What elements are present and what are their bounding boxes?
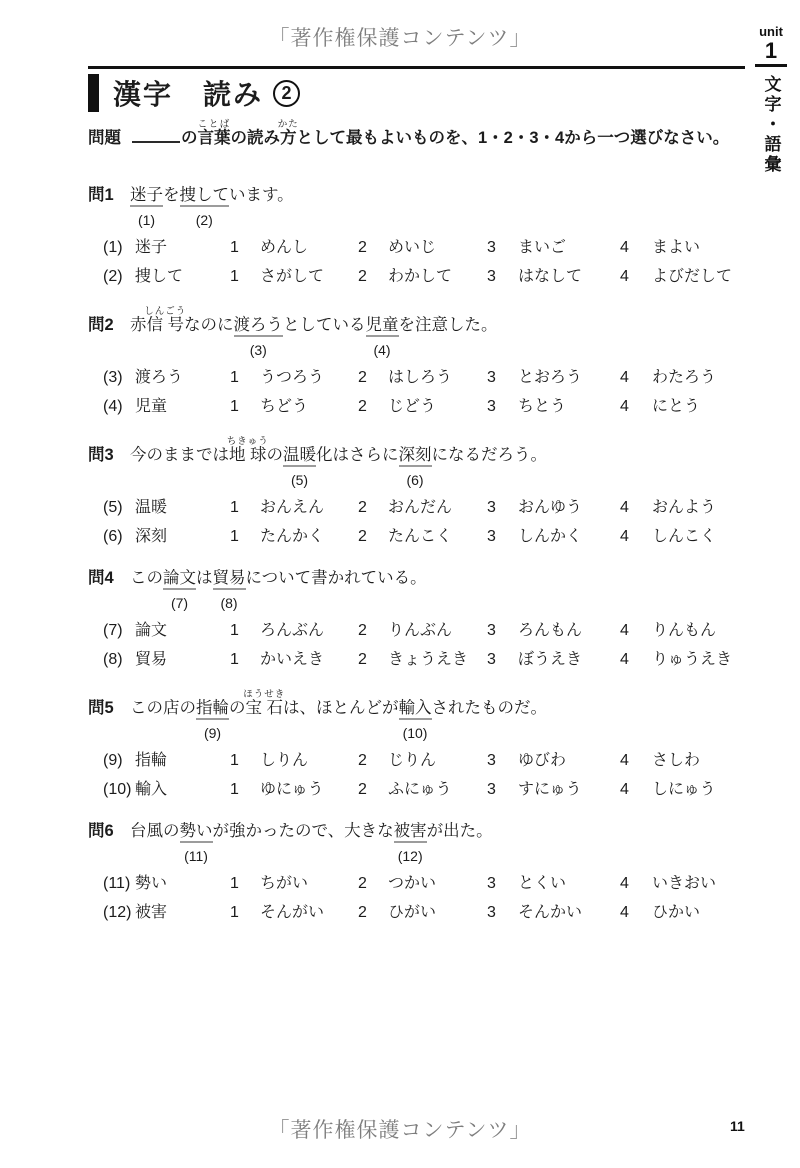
item-number: (3) xyxy=(103,367,135,389)
answer-rows: (5)温暖1おんえん2おんだん3おんゆう4おんよう(6)深刻1たんかく2たんこく… xyxy=(88,497,745,548)
choice-text: わたろう xyxy=(652,367,745,389)
choice-text: ちがい xyxy=(260,873,358,895)
choice-number: 4 xyxy=(620,526,652,548)
choice-text: じどう xyxy=(388,396,487,418)
item-number: (10) xyxy=(103,779,135,801)
choice-text: そんがい xyxy=(260,902,358,924)
sentence-segment: を注意した。 xyxy=(399,316,498,334)
title-circled-number: 2 xyxy=(273,80,300,107)
target-item-number: (5) xyxy=(291,465,308,492)
choice-number: 2 xyxy=(358,396,388,418)
choice-number: 2 xyxy=(358,367,388,389)
choice-number: 3 xyxy=(487,367,518,389)
target-text: 論文 xyxy=(163,569,196,587)
choice-number: 4 xyxy=(620,367,652,389)
sentence-segment: 化はさらに xyxy=(316,446,399,464)
question-label: 問2 xyxy=(88,313,130,337)
item-word: 勢い xyxy=(135,873,230,895)
furigana-text: かた xyxy=(278,119,299,130)
question-sentence-line: 問3今のままでは地球ちきゅうの温暖(5)化はさらに深刻(6)になるだろう。 xyxy=(88,436,745,467)
question-section: 問4この論文(7)は貿易(8)について書かれている。(7)論文1ろんぶん2りんぶ… xyxy=(88,566,745,671)
sentence-segment: について書かれている。 xyxy=(246,569,427,587)
underlined-target-word: 貿易(8) xyxy=(213,569,246,590)
item-word: 捜して xyxy=(135,266,230,288)
question-section: 問6台風の勢い(11)が強かったので、大きな被害(12)が出た。(11)勢い1ち… xyxy=(88,819,745,924)
choice-text: ちとう xyxy=(518,396,620,418)
choice-number: 4 xyxy=(620,902,652,924)
target-item-number: (2) xyxy=(196,205,213,232)
choice-number: 3 xyxy=(487,649,518,671)
item-word: 温暖 xyxy=(135,497,230,519)
instruction: 問題の言葉ことばの読み方かたとして最もよいものを、1・2・3・4から一つ選びなさ… xyxy=(88,119,745,153)
answer-rows: (7)論文1ろんぶん2りんぶん3ろんもん4りんもん(8)貿易1かいえき2きょうえ… xyxy=(88,620,745,671)
furigana-text: ことば xyxy=(198,119,231,130)
choice-number: 1 xyxy=(230,779,260,801)
choice-text: まよい xyxy=(652,237,745,259)
base-text: 地球 xyxy=(227,446,269,464)
choice-text: りんぶん xyxy=(388,620,487,642)
target-text: 貿易 xyxy=(213,569,246,587)
question-label: 問5 xyxy=(88,696,130,720)
questions: 問1迷子(1)を捜して(2)います。(1)迷子1めんし2めいじ3まいご4まよい(… xyxy=(88,183,745,924)
question-section: 問1迷子(1)を捜して(2)います。(1)迷子1めんし2めいじ3まいご4まよい(… xyxy=(88,183,745,288)
choice-text: ゆにゅう xyxy=(260,779,358,801)
choice-text: すにゅう xyxy=(518,779,620,801)
answer-row: (4)児童1ちどう2じどう3ちとう4にとう xyxy=(103,396,745,418)
target-text: 児童 xyxy=(366,316,399,334)
item-word: 貿易 xyxy=(135,649,230,671)
choice-number: 4 xyxy=(620,620,652,642)
target-item-number: (3) xyxy=(250,335,267,362)
instruction-word-with-furigana: 方かた xyxy=(280,129,297,147)
target-text: 迷子 xyxy=(130,186,163,204)
choice-number: 3 xyxy=(487,526,518,548)
sentence-segment: います。 xyxy=(229,186,294,204)
answer-row: (3)渡ろう1うつろう2はしろう3とおろう4わたろう xyxy=(103,367,745,389)
question-sentence-line: 問2赤信号しんごうなのに渡ろう(3)としている児童(4)を注意した。 xyxy=(88,306,745,337)
item-number: (12) xyxy=(103,902,135,924)
copyright-notice-top: 「著作権保護コンテンツ」 xyxy=(0,22,800,52)
furigana-text: しんごう xyxy=(144,306,186,317)
choice-number: 3 xyxy=(487,779,518,801)
answer-row: (8)貿易1かいえき2きょうえき3ぼうえき4りゅうえき xyxy=(103,649,745,671)
section-title: 漢字 読み 2 xyxy=(88,73,745,113)
underlined-target-word: 温暖(5) xyxy=(283,446,316,467)
target-item-number: (6) xyxy=(406,465,423,492)
choice-number: 3 xyxy=(487,396,518,418)
underlined-target-word: 論文(7) xyxy=(163,569,196,590)
item-number: (11) xyxy=(103,873,135,895)
choice-number: 4 xyxy=(620,873,652,895)
question-label: 問6 xyxy=(88,819,130,843)
test-book-page: 「著作権保護コンテンツ」 unit 1 文字・語彙 漢字 読み 2 問題の言葉こ… xyxy=(0,0,800,1168)
underlined-target-word: 児童(4) xyxy=(366,316,399,337)
choice-text: うつろう xyxy=(260,367,358,389)
choice-number: 1 xyxy=(230,873,260,895)
choice-number: 3 xyxy=(487,497,518,519)
answer-rows: (9)指輪1しりん2じりん3ゆびわ4さしわ(10)輸入1ゆにゅう2ふにゅう3すに… xyxy=(88,750,745,801)
item-word: 輸入 xyxy=(135,779,230,801)
answer-row: (12)被害1そんがい2ひがい3そんかい4ひかい xyxy=(103,902,745,924)
choice-text: たんかく xyxy=(260,526,358,548)
choice-text: はなして xyxy=(518,266,620,288)
underlined-target-word: 指輪(9) xyxy=(196,699,229,720)
choice-number: 3 xyxy=(487,873,518,895)
sentence-segment: 今のままでは xyxy=(130,446,229,464)
choice-text: じりん xyxy=(388,750,487,772)
target-item-number: (7) xyxy=(171,588,188,615)
question-sentence: この論文(7)は貿易(8)について書かれている。 xyxy=(130,569,427,590)
choice-text: おんゆう xyxy=(518,497,620,519)
choice-number: 2 xyxy=(358,266,388,288)
target-item-number: (9) xyxy=(204,718,221,745)
choice-number: 1 xyxy=(230,620,260,642)
choice-text: ぼうえき xyxy=(518,649,620,671)
choice-number: 1 xyxy=(230,649,260,671)
choice-number: 1 xyxy=(230,750,260,772)
target-text: 深刻 xyxy=(399,446,432,464)
choice-text: ちどう xyxy=(260,396,358,418)
page-number: 11 xyxy=(730,1118,745,1134)
target-item-number: (1) xyxy=(138,205,155,232)
underlined-target-word: 輸入(10) xyxy=(399,699,432,720)
target-item-number: (12) xyxy=(398,841,423,868)
target-text: 温暖 xyxy=(283,446,316,464)
choice-number: 2 xyxy=(358,779,388,801)
unit-category-vertical: 文字・語彙 xyxy=(759,75,784,175)
choice-text: とおろう xyxy=(518,367,620,389)
header-rule xyxy=(88,66,745,69)
sentence-segment: になるだろう。 xyxy=(432,446,548,464)
choice-number: 2 xyxy=(358,873,388,895)
choice-number: 1 xyxy=(230,367,260,389)
question-label: 問4 xyxy=(88,566,130,590)
answer-row: (9)指輪1しりん2じりん3ゆびわ4さしわ xyxy=(103,750,745,772)
answer-row: (5)温暖1おんえん2おんだん3おんゆう4おんよう xyxy=(103,497,745,519)
choice-number: 2 xyxy=(358,237,388,259)
question-sentence-line: 問4この論文(7)は貿易(8)について書かれている。 xyxy=(88,566,745,590)
choice-text: にとう xyxy=(652,396,745,418)
answer-rows: (11)勢い1ちがい2つかい3とくい4いきおい(12)被害1そんがい2ひがい3そ… xyxy=(88,873,745,924)
choice-text: しにゅう xyxy=(652,779,745,801)
base-text: 信号 xyxy=(144,316,186,334)
answer-rows: (3)渡ろう1うつろう2はしろう3とおろう4わたろう(4)児童1ちどう2じどう3… xyxy=(88,367,745,418)
copyright-notice-bottom: 「著作権保護コンテンツ」 xyxy=(0,1114,800,1144)
choice-text: おんだん xyxy=(388,497,487,519)
choice-text: しんかく xyxy=(518,526,620,548)
question-sentence: この店の指輪(9)の宝石ほうせきは、ほとんどが輸入(10)されたものだ。 xyxy=(130,699,547,720)
choice-text: とくい xyxy=(518,873,620,895)
choice-number: 2 xyxy=(358,750,388,772)
base-text: 宝石 xyxy=(243,699,285,717)
main-content: 漢字 読み 2 問題の言葉ことばの読み方かたとして最もよいものを、1・2・3・4… xyxy=(88,66,745,942)
target-text: 勢い xyxy=(180,822,213,840)
choice-text: ふにゅう xyxy=(388,779,487,801)
item-word: 指輪 xyxy=(135,750,230,772)
choice-text: たんこく xyxy=(388,526,487,548)
question-sentence-line: 問6台風の勢い(11)が強かったので、大きな被害(12)が出た。 xyxy=(88,819,745,843)
target-item-number: (10) xyxy=(403,718,428,745)
instruction-word: 言葉 xyxy=(198,129,231,147)
choice-number: 2 xyxy=(358,497,388,519)
target-text: 被害 xyxy=(394,822,427,840)
question-label: 問1 xyxy=(88,183,130,207)
answer-row: (11)勢い1ちがい2つかい3とくい4いきおい xyxy=(103,873,745,895)
instruction-label: 問題 xyxy=(88,123,132,153)
item-number: (1) xyxy=(103,237,135,259)
instruction-word-with-furigana: 言葉ことば xyxy=(198,129,231,147)
furigana-text: ほうせき xyxy=(243,689,285,700)
sentence-segment: を xyxy=(163,186,180,204)
target-item-number: (4) xyxy=(373,335,390,362)
sentence-segment: は、ほとんどが xyxy=(283,699,399,717)
choice-text: さしわ xyxy=(652,750,745,772)
sentence-segment: この店の xyxy=(130,699,196,717)
choice-number: 2 xyxy=(358,620,388,642)
underlined-target-word: 深刻(6) xyxy=(399,446,432,467)
item-word: 被害 xyxy=(135,902,230,924)
item-number: (5) xyxy=(103,497,135,519)
target-text: 渡ろう xyxy=(234,316,284,334)
choice-number: 3 xyxy=(487,237,518,259)
instruction-segment: の xyxy=(181,129,198,147)
answer-row: (10)輸入1ゆにゅう2ふにゅう3すにゅう4しにゅう xyxy=(103,779,745,801)
choice-text: かいえき xyxy=(260,649,358,671)
question-section: 問3今のままでは地球ちきゅうの温暖(5)化はさらに深刻(6)になるだろう。(5)… xyxy=(88,436,745,548)
choice-text: よびだして xyxy=(652,266,745,288)
choice-text: めんし xyxy=(260,237,358,259)
choice-number: 2 xyxy=(358,902,388,924)
choice-text: ひかい xyxy=(652,902,745,924)
instruction-segment: の読み xyxy=(231,129,281,147)
choice-number: 1 xyxy=(230,396,260,418)
underlined-target-word: 迷子(1) xyxy=(130,186,163,207)
unit-word: unit xyxy=(752,25,790,39)
item-word: 児童 xyxy=(135,396,230,418)
choice-number: 2 xyxy=(358,526,388,548)
choice-text: ひがい xyxy=(388,902,487,924)
choice-text: きょうえき xyxy=(388,649,487,671)
choice-number: 4 xyxy=(620,649,652,671)
question-sentence-line: 問1迷子(1)を捜して(2)います。 xyxy=(88,183,745,207)
sentence-segment: 台風の xyxy=(130,822,180,840)
item-number: (2) xyxy=(103,266,135,288)
sentence-segment: としている xyxy=(283,316,366,334)
choice-number: 1 xyxy=(230,497,260,519)
question-sentence: 赤信号しんごうなのに渡ろう(3)としている児童(4)を注意した。 xyxy=(130,316,498,337)
choice-text: ゆびわ xyxy=(518,750,620,772)
choice-text: めいじ xyxy=(388,237,487,259)
choice-text: りゅうえき xyxy=(652,649,745,671)
choice-text: わかして xyxy=(388,266,487,288)
item-number: (8) xyxy=(103,649,135,671)
answer-row: (7)論文1ろんぶん2りんぶん3ろんもん4りんもん xyxy=(103,620,745,642)
sentence-segment: が出た。 xyxy=(427,822,493,840)
underlined-target-word: 渡ろう(3) xyxy=(234,316,284,337)
choice-number: 4 xyxy=(620,396,652,418)
choice-text: いきおい xyxy=(652,873,745,895)
item-number: (6) xyxy=(103,526,135,548)
answer-row: (2)捜して1さがして2わかして3はなして4よびだして xyxy=(103,266,745,288)
target-text: 指輪 xyxy=(196,699,229,717)
choice-text: そんかい xyxy=(518,902,620,924)
target-item-number: (8) xyxy=(220,588,237,615)
sentence-segment: されたものだ。 xyxy=(432,699,548,717)
unit-tab: unit 1 文字・語彙 xyxy=(752,25,790,175)
choice-number: 4 xyxy=(620,497,652,519)
choice-number: 3 xyxy=(487,902,518,924)
choice-text: りんもん xyxy=(652,620,745,642)
choice-number: 2 xyxy=(358,649,388,671)
choice-number: 3 xyxy=(487,266,518,288)
underlined-target-word: 被害(12) xyxy=(394,822,427,843)
choice-number: 4 xyxy=(620,750,652,772)
blank-underline xyxy=(132,128,180,143)
question-sentence: 迷子(1)を捜して(2)います。 xyxy=(130,186,294,207)
choice-text: まいご xyxy=(518,237,620,259)
answer-rows: (1)迷子1めんし2めいじ3まいご4まよい(2)捜して1さがして2わかして3はな… xyxy=(88,237,745,288)
choice-text: おんよう xyxy=(652,497,745,519)
item-word: 深刻 xyxy=(135,526,230,548)
choice-number: 3 xyxy=(487,750,518,772)
target-text: 捜して xyxy=(180,186,230,204)
item-word: 迷子 xyxy=(135,237,230,259)
sentence-segment: なのに xyxy=(184,316,234,334)
answer-row: (6)深刻1たんかく2たんこく3しんかく4しんこく xyxy=(103,526,745,548)
choice-text: しんこく xyxy=(652,526,745,548)
choice-text: おんえん xyxy=(260,497,358,519)
furigana-text: ちきゅう xyxy=(227,436,269,447)
choice-number: 3 xyxy=(487,620,518,642)
sentence-segment: が強かったので、大きな xyxy=(213,822,394,840)
title-black-bar xyxy=(88,74,99,112)
choice-text: ろんもん xyxy=(518,620,620,642)
unit-divider xyxy=(755,64,787,67)
instruction-segment: として最もよいものを、1・2・3・4から一つ選びなさい。 xyxy=(297,129,730,147)
choice-number: 1 xyxy=(230,902,260,924)
choice-text: つかい xyxy=(388,873,487,895)
unit-number: 1 xyxy=(752,39,790,63)
sentence-segment: の xyxy=(267,446,284,464)
question-section: 問2赤信号しんごうなのに渡ろう(3)としている児童(4)を注意した。(3)渡ろう… xyxy=(88,306,745,418)
choice-number: 4 xyxy=(620,266,652,288)
question-sentence: 台風の勢い(11)が強かったので、大きな被害(12)が出た。 xyxy=(130,822,493,843)
target-item-number: (11) xyxy=(184,841,208,868)
choice-text: しりん xyxy=(260,750,358,772)
item-word: 論文 xyxy=(135,620,230,642)
answer-row: (1)迷子1めんし2めいじ3まいご4まよい xyxy=(103,237,745,259)
target-text: 輸入 xyxy=(399,699,432,717)
question-label: 問3 xyxy=(88,443,130,467)
choice-number: 1 xyxy=(230,526,260,548)
choice-text: ろんぶん xyxy=(260,620,358,642)
question-sentence-line: 問5この店の指輪(9)の宝石ほうせきは、ほとんどが輸入(10)されたものだ。 xyxy=(88,689,745,720)
sentence-segment: この xyxy=(130,569,163,587)
title-text: 漢字 読み xyxy=(113,73,263,113)
underlined-target-word: 勢い(11) xyxy=(180,822,213,843)
underlined-target-word: 捜して(2) xyxy=(180,186,230,207)
item-number: (9) xyxy=(103,750,135,772)
word-with-furigana: 信号しんごう xyxy=(147,316,185,334)
word-with-furigana: 宝石ほうせき xyxy=(246,699,284,717)
choice-number: 4 xyxy=(620,779,652,801)
choice-text: さがして xyxy=(260,266,358,288)
sentence-segment: は xyxy=(196,569,213,587)
choice-number: 1 xyxy=(230,237,260,259)
choice-text: はしろう xyxy=(388,367,487,389)
word-with-furigana: 地球ちきゅう xyxy=(229,446,267,464)
choice-number: 4 xyxy=(620,237,652,259)
item-number: (4) xyxy=(103,396,135,418)
choice-number: 1 xyxy=(230,266,260,288)
item-word: 渡ろう xyxy=(135,367,230,389)
item-number: (7) xyxy=(103,620,135,642)
question-sentence: 今のままでは地球ちきゅうの温暖(5)化はさらに深刻(6)になるだろう。 xyxy=(130,446,547,467)
question-section: 問5この店の指輪(9)の宝石ほうせきは、ほとんどが輸入(10)されたものだ。(9… xyxy=(88,689,745,801)
